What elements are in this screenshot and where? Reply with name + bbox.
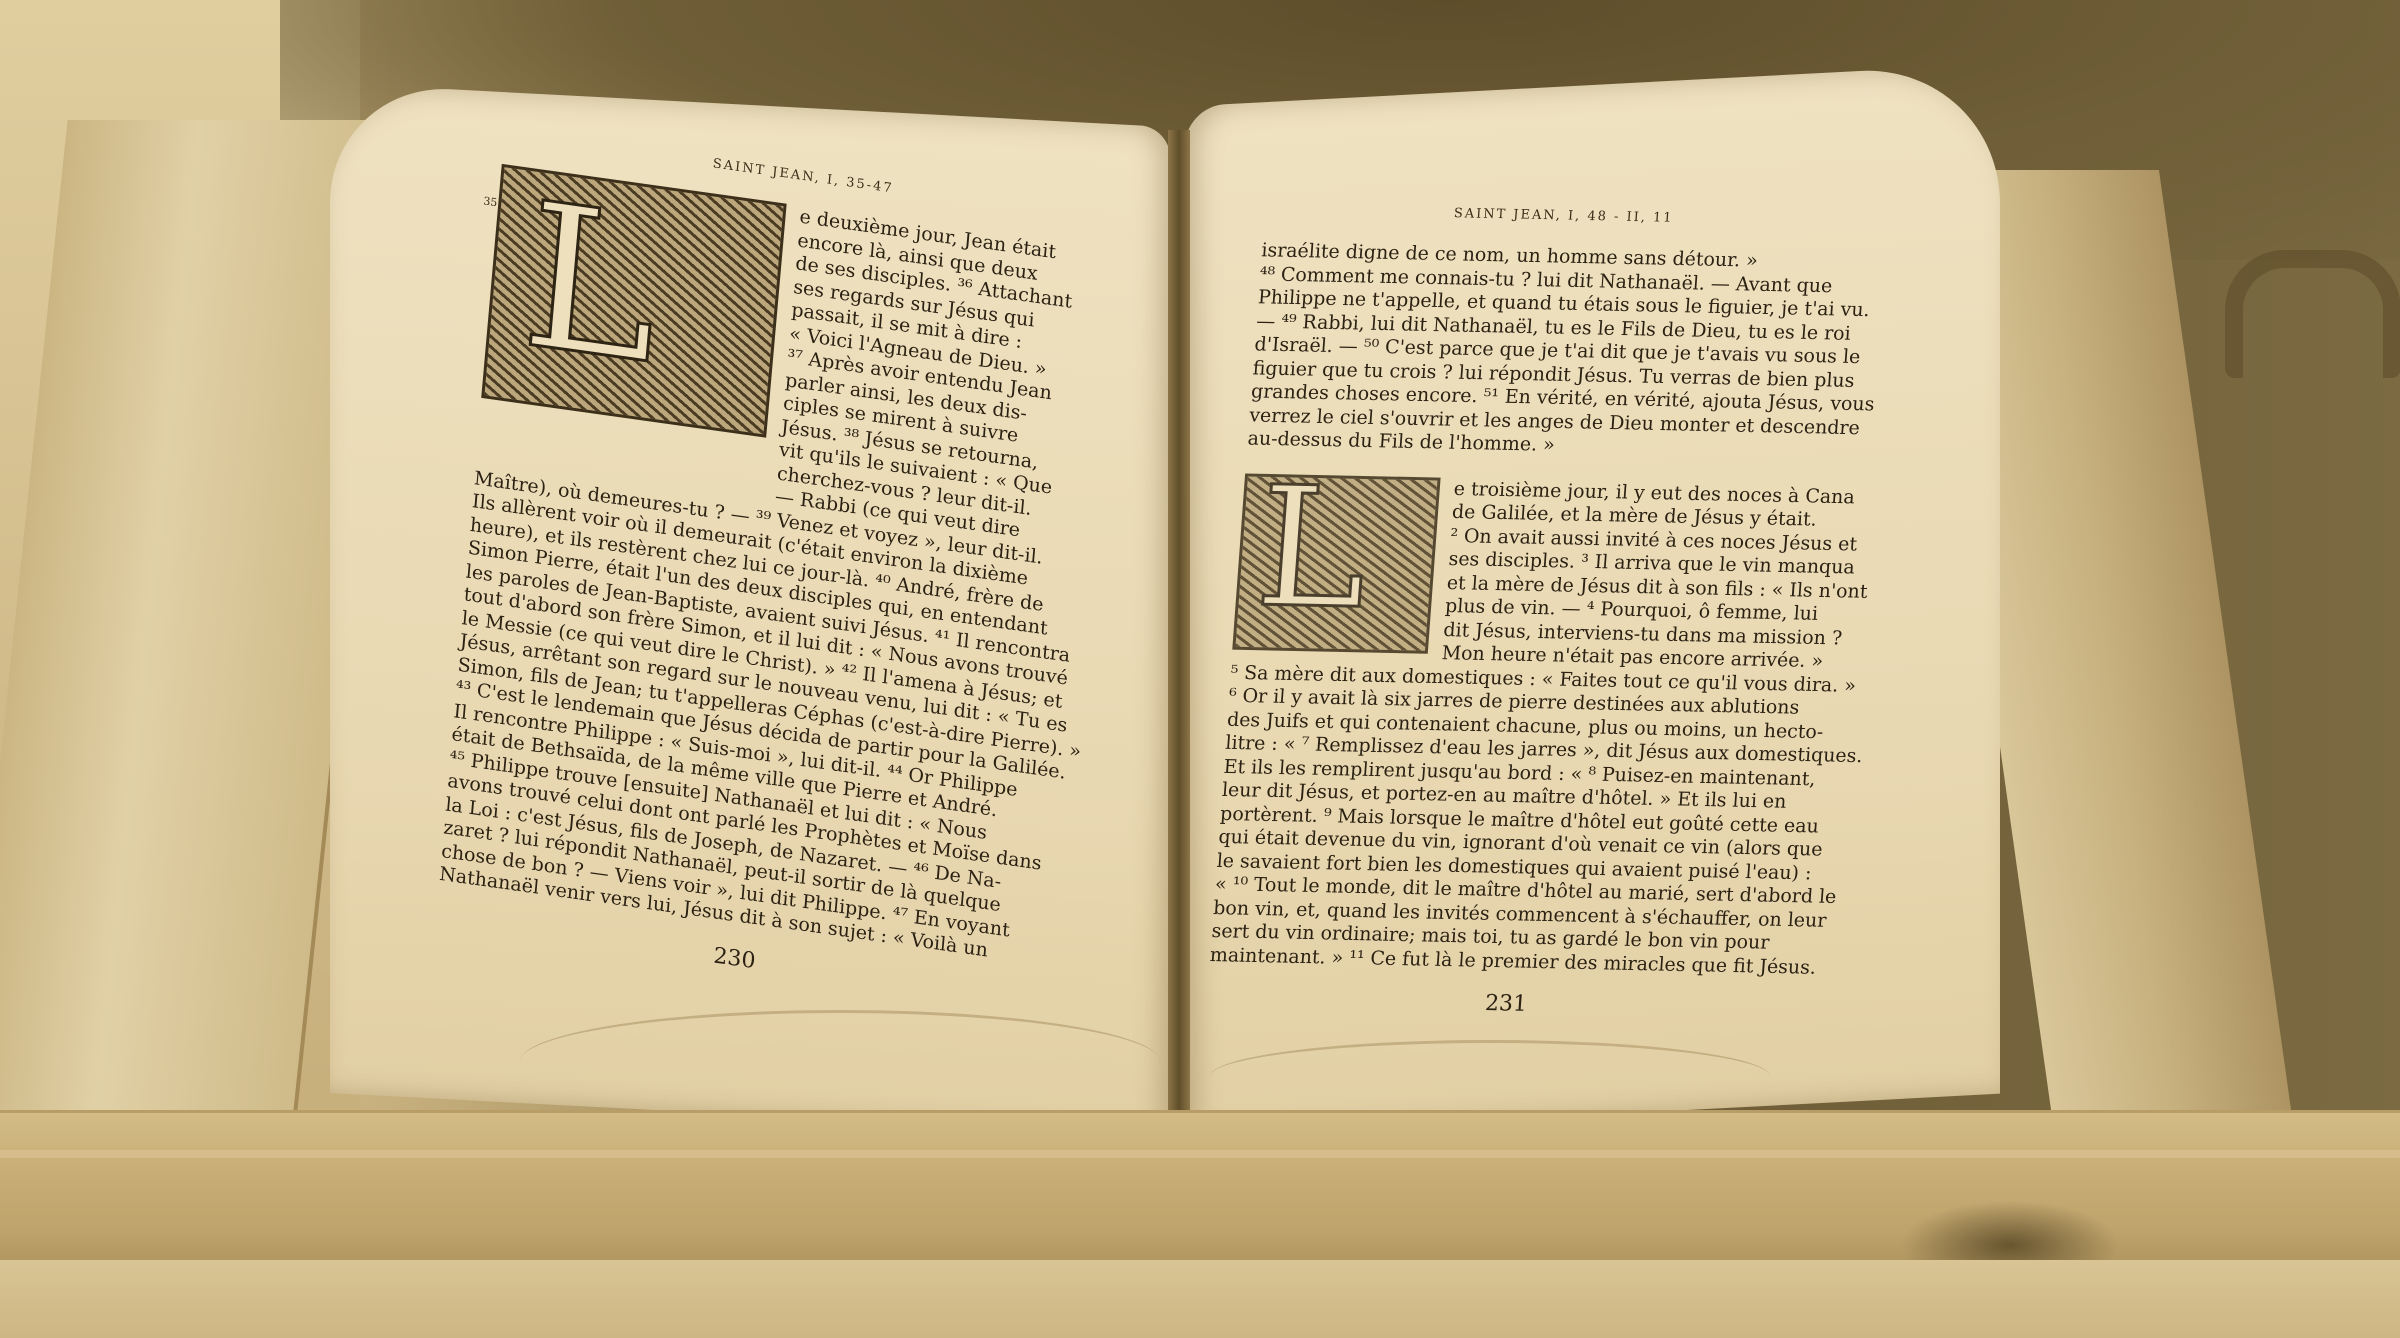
drop-text-right: e troisième jour, il y eut des noces à C… (1441, 477, 1875, 674)
drop-text-left: e deuxième jour, Jean était encore là, a… (774, 206, 1077, 548)
page-curl-left (520, 1010, 1160, 1113)
top-text-right: israélite digne de ce nom, un homme sans… (1247, 239, 1861, 463)
right-page: SAINT JEAN, I, 48 - II, 11 israélite dig… (1185, 64, 2000, 1137)
book-gutter (1168, 130, 1190, 1120)
book-stand-lip (0, 1150, 2400, 1158)
page-curl-right (1210, 1040, 1770, 1113)
illuminated-initial-icon: 35 L (481, 164, 786, 438)
left-page: SAINT JEAN, I, 35-47 35 L e deuxième jou… (330, 83, 1170, 1137)
running-head-right: SAINT JEAN, I, 48 - II, 11 (1264, 202, 1863, 230)
right-page-content: SAINT JEAN, I, 48 - II, 11 israélite dig… (1206, 202, 1863, 1023)
table-cloth (0, 1260, 2400, 1338)
illuminated-initial-icon: L (1232, 473, 1440, 653)
initial-letter: L (517, 176, 667, 393)
drop-cap-section-right: L e troisième jour, il y eut des noces à… (1231, 473, 1843, 674)
left-page-content: SAINT JEAN, I, 35-47 35 L e deuxième jou… (435, 127, 1103, 1012)
initial-letter: L (1252, 464, 1373, 631)
page-number-right: 231 (1206, 985, 1806, 1023)
body-text-left: Maître), où demeures-tu ? — ³⁹ Venez et … (438, 467, 1073, 970)
furniture-scroll-ornament (2225, 250, 2400, 378)
body-text-right: ⁵ Sa mère dit aux domestiques : « Faites… (1209, 661, 1830, 979)
verse-number: 35 (483, 194, 498, 209)
